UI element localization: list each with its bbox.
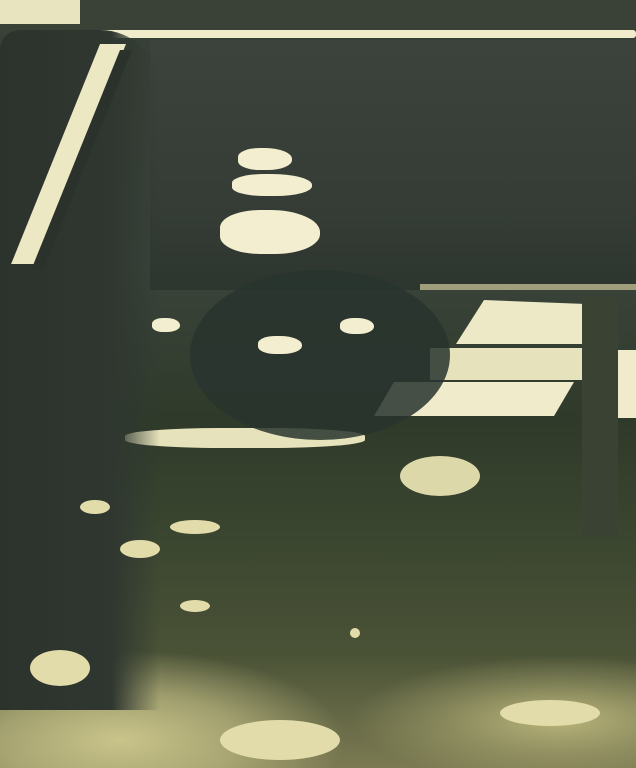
ground-speck: [170, 520, 220, 534]
sunlit-patch: [400, 456, 480, 496]
light-reflection: [220, 210, 320, 254]
vehicle-roof-edge: [70, 30, 636, 38]
post: [582, 296, 618, 536]
light-reflection: [232, 174, 312, 196]
vehicle-wheel: [190, 270, 450, 440]
ground-speck: [180, 600, 210, 612]
background-top: [0, 0, 636, 34]
ground-speck: [80, 500, 110, 514]
ground-speck: [500, 700, 600, 726]
vehicle-running-board: [420, 284, 636, 290]
corner-highlight: [0, 0, 80, 24]
ground-speck: [350, 628, 360, 638]
sunlit-patch: [456, 300, 596, 344]
vehicle-body: [150, 40, 636, 290]
light-reflection: [152, 318, 180, 332]
light-reflection: [340, 318, 374, 334]
ground-speck: [220, 720, 340, 760]
light-reflection: [238, 148, 292, 170]
light-reflection: [258, 336, 302, 354]
sunlit-patch: [430, 348, 590, 380]
vintage-photograph: [0, 0, 636, 768]
ground-speck: [30, 650, 90, 686]
ground-speck: [120, 540, 160, 558]
